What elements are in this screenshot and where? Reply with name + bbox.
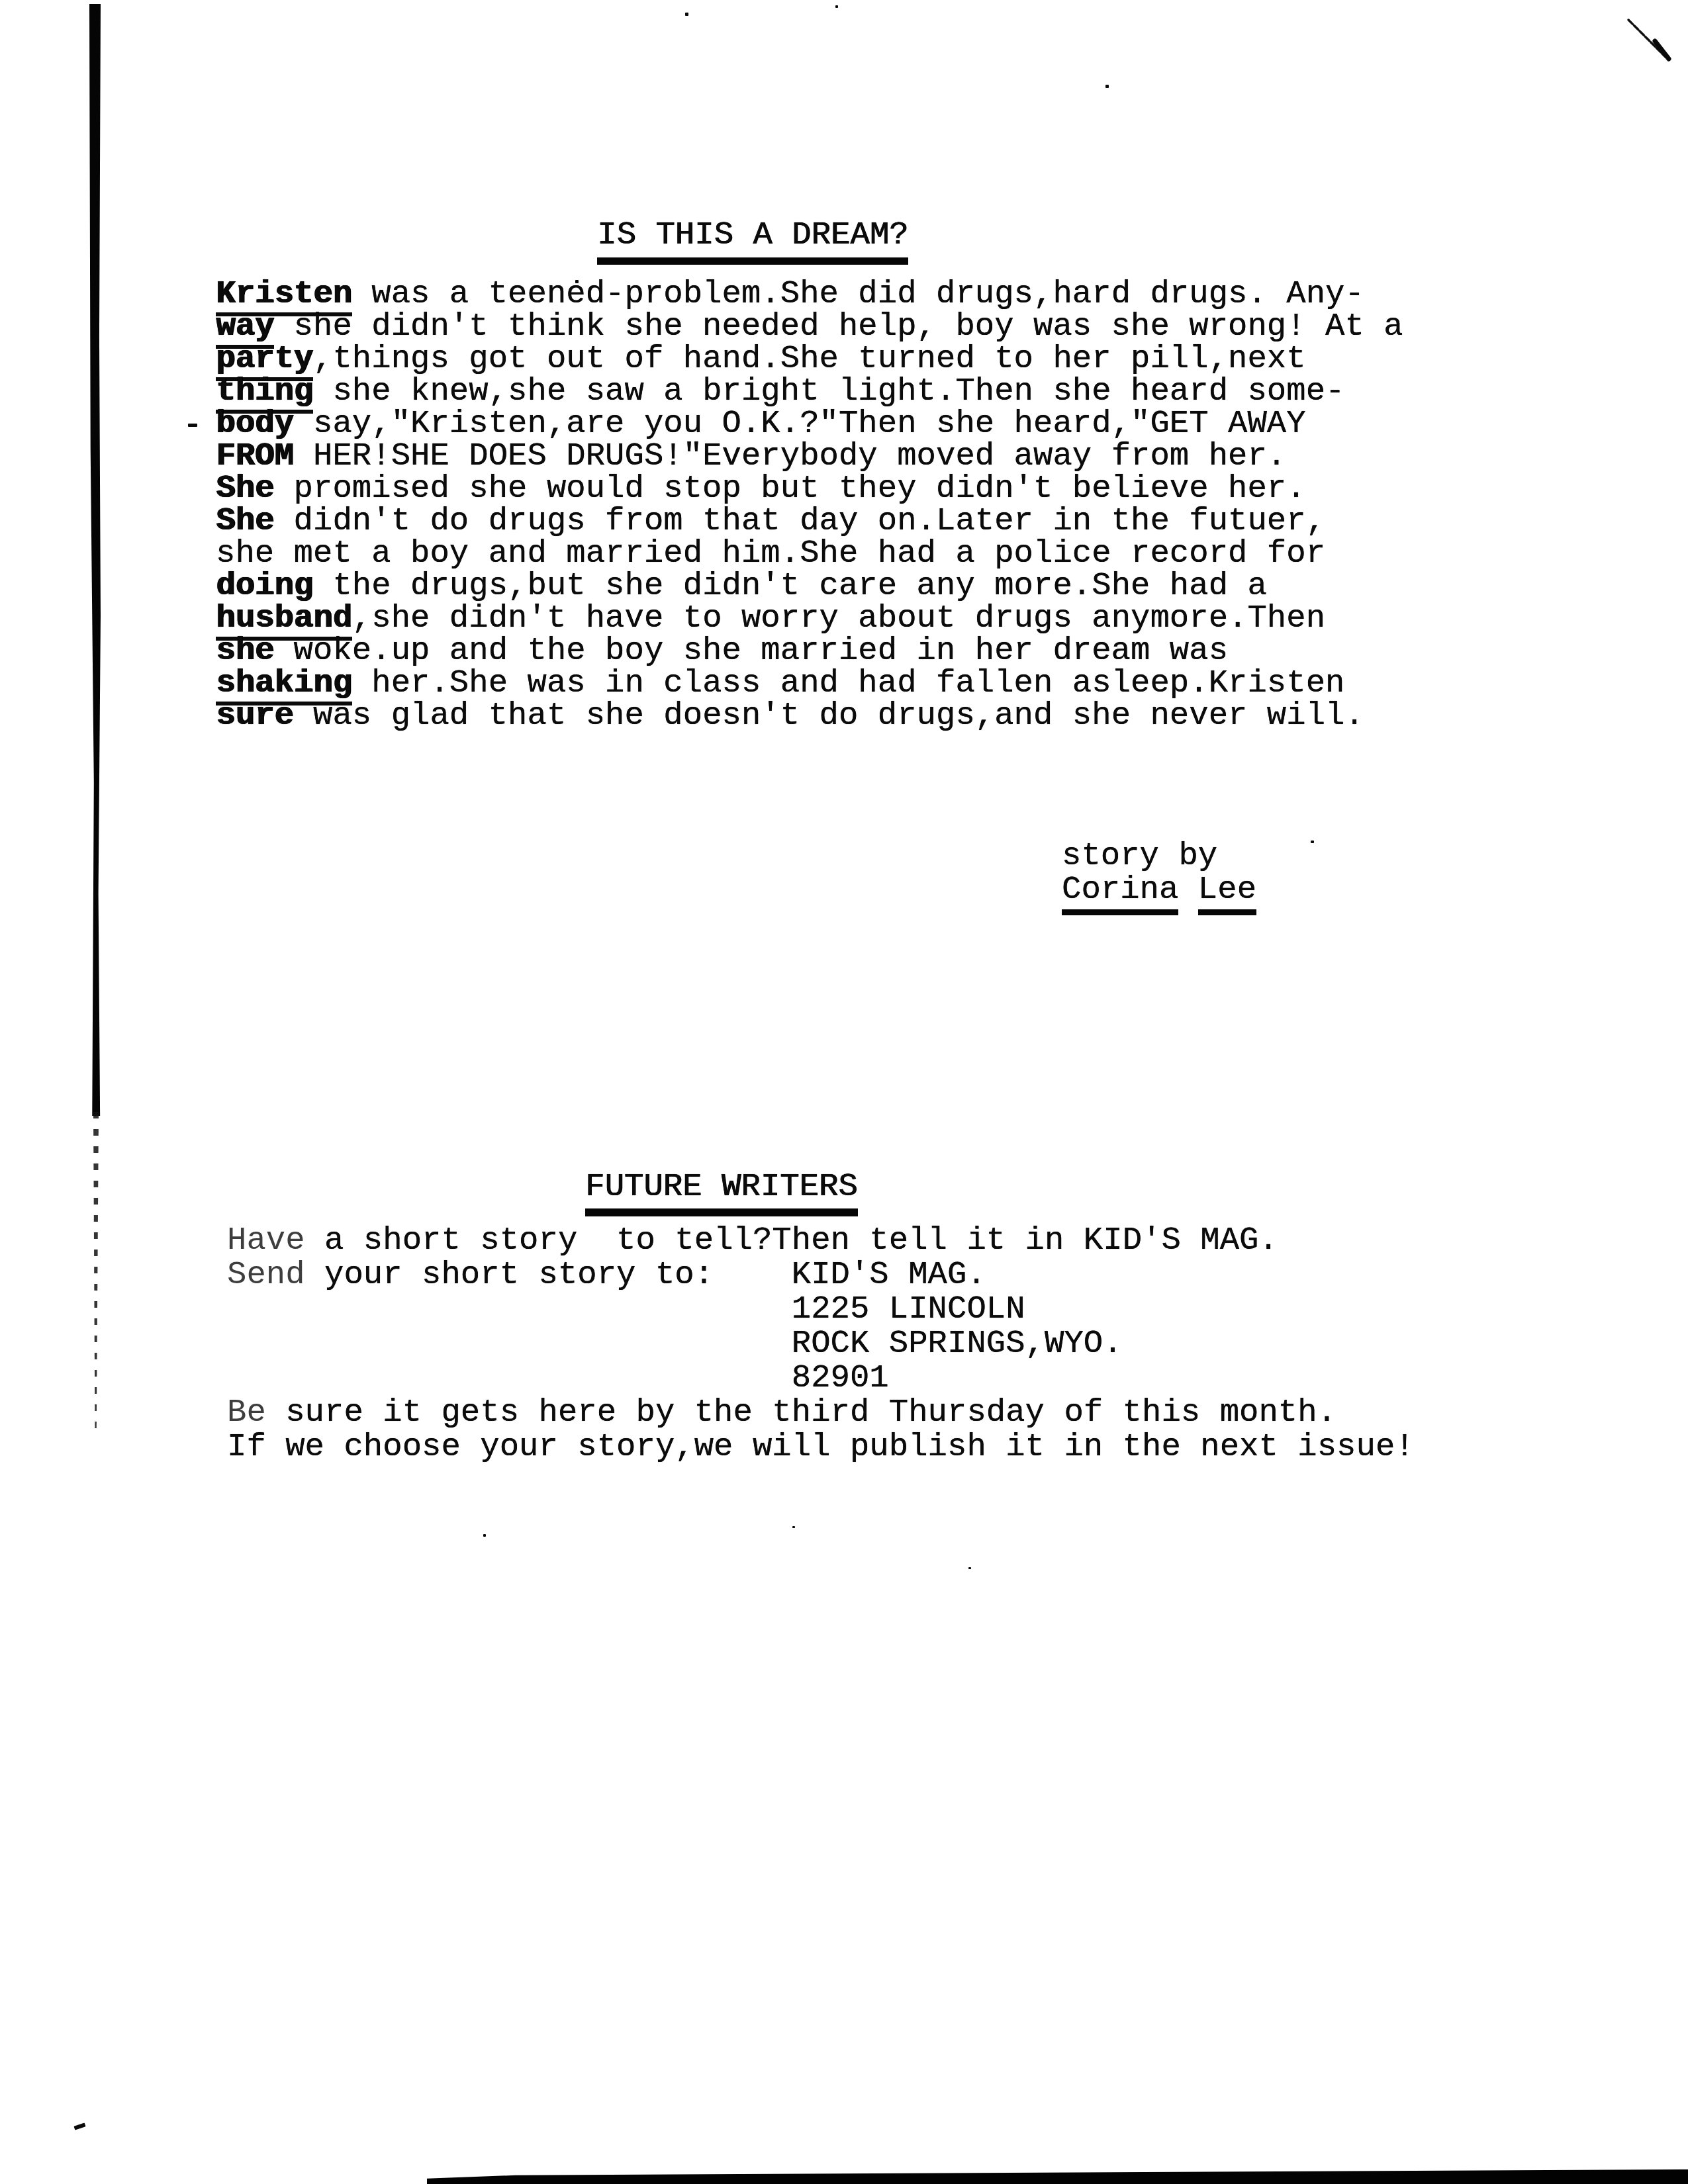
- scan-speck: [1311, 841, 1314, 843]
- story-line-text: promised she would stop but they didn't …: [274, 470, 1305, 507]
- story-title: IS THIS A DREAM?: [597, 219, 908, 265]
- story-line-lead-word: FROM: [216, 437, 294, 475]
- future-line-text: sure it gets here by the third Thursday …: [266, 1394, 1336, 1431]
- story-line: doing the drugs,but she didn't care any …: [216, 570, 1403, 602]
- future-writers-title: FUTURE WRITERS: [585, 1171, 858, 1216]
- future-line-text: 82901: [227, 1359, 889, 1396]
- story-line-text: say,"Kristen,are you O.K.?"Then she hear…: [294, 405, 1306, 442]
- pen-mark-icon: [1615, 12, 1688, 71]
- story-line-text: didn't do drugs from that day on.Later i…: [274, 502, 1325, 539]
- scan-speck: [835, 5, 838, 8]
- story-line-text: woke.up and the boy she married in her d…: [274, 632, 1228, 669]
- author-last-name: Lee: [1198, 871, 1256, 915]
- story-line-text: was a teened-problem.She did drugs,hard …: [352, 275, 1364, 312]
- future-line: 1225 LINCOLN: [227, 1292, 1415, 1326]
- future-line-lead-word: If: [227, 1428, 266, 1465]
- byline: story by Corina Lee: [1062, 839, 1256, 907]
- scan-streak-left-tail: [93, 1112, 99, 1430]
- story-line-text: met a boy and married him.She had a poli…: [274, 535, 1325, 572]
- future-line: Have a short story to tell?Then tell it …: [227, 1223, 1415, 1257]
- future-line: 82901: [227, 1361, 1415, 1395]
- story-line-lead-word: She: [216, 470, 274, 507]
- story-line: sure was glad that she doesn't do drugs,…: [216, 700, 1403, 732]
- story-line: husband,she didn't have to worry about d…: [216, 602, 1403, 635]
- future-line: ROCK SPRINGS,WYO.: [227, 1326, 1415, 1361]
- future-line-text: a short story to tell?Then tell it in KI…: [305, 1222, 1278, 1259]
- story-line-lead-word: body: [216, 405, 294, 442]
- byline-label: story by: [1062, 839, 1256, 873]
- author-first-name: Corina: [1062, 871, 1178, 915]
- story-line-text: HER!SHE DOES DRUGS!"Everybody moved away…: [294, 437, 1287, 475]
- future-line: Send your short story to: KID'S MAG.: [227, 1257, 1415, 1292]
- story-line-lead-word: She: [216, 502, 274, 539]
- story-line-text: was glad that she doesn't do drugs,and s…: [294, 697, 1364, 734]
- story-line: FROM HER!SHE DOES DRUGS!"Everybody moved…: [216, 440, 1403, 473]
- future-line-lead-word: Send: [227, 1256, 305, 1293]
- story-line-text: the drugs,but she didn't care any more.S…: [313, 567, 1267, 604]
- future-line-text: 1225 LINCOLN: [227, 1291, 1025, 1328]
- story-line-text: ,things got out of hand.She turned to he…: [313, 340, 1306, 377]
- story-line: shaking her.She was in class and had fal…: [216, 667, 1403, 700]
- future-writers-body: Have a short story to tell?Then tell it …: [227, 1223, 1415, 1464]
- story-line-text: she didn't think she needed help, boy wa…: [274, 308, 1403, 345]
- story-line-lead-word: sure: [216, 697, 294, 734]
- document-page: IS THIS A DREAM? Kristen was a teened-pr…: [0, 0, 1688, 2184]
- future-line: If we choose your story,we will publish …: [227, 1430, 1415, 1464]
- future-line-text: we choose your story,we will publish it …: [266, 1428, 1415, 1465]
- scan-speck: [483, 1534, 486, 1537]
- scan-bar-bottom: [427, 2169, 1688, 2184]
- story-line-lead-word: she: [216, 632, 274, 669]
- future-line-text: ROCK SPRINGS,WYO.: [227, 1325, 1123, 1362]
- story-line: she met a boy and married him.She had a …: [216, 537, 1403, 570]
- author-name-space: [1178, 871, 1197, 908]
- story-body: Kristen was a teened-problem.She did dru…: [216, 278, 1403, 732]
- story-line: Kristen was a teened-problem.She did dru…: [216, 278, 1403, 310]
- story-line: party,things got out of hand.She turned …: [216, 343, 1403, 375]
- scan-speck: [73, 2123, 85, 2130]
- scan-speck: [792, 1526, 795, 1528]
- scan-streak-left: [89, 4, 101, 1116]
- story-line-text: she knew,she saw a bright light.Then she…: [313, 373, 1344, 410]
- story-line: She didn't do drugs from that day on.Lat…: [216, 505, 1403, 537]
- story-line-lead-word: doing: [216, 567, 313, 604]
- scan-speck: [968, 1567, 971, 1569]
- scan-speck: [1105, 85, 1109, 88]
- story-line: way she didn't think she needed help, bo…: [216, 310, 1403, 343]
- story-line-text: ,she didn't have to worry about drugs an…: [352, 600, 1325, 637]
- story-line: She promised she would stop but they did…: [216, 473, 1403, 505]
- story-line-text: her.She was in class and had fallen asle…: [352, 664, 1345, 702]
- scan-speck: [188, 424, 197, 427]
- story-line-lead-word: she: [216, 535, 274, 572]
- scan-speck: [685, 13, 688, 16]
- story-line: she woke.up and the boy she married in h…: [216, 635, 1403, 667]
- future-line: Be sure it gets here by the third Thursd…: [227, 1395, 1415, 1430]
- byline-author: Corina Lee: [1062, 873, 1256, 907]
- future-line-lead-word: Have: [227, 1222, 305, 1259]
- future-line-text: your short story to: KID'S MAG.: [305, 1256, 986, 1293]
- future-line-lead-word: Be: [227, 1394, 266, 1431]
- story-line: thing she knew,she saw a bright light.Th…: [216, 375, 1403, 408]
- story-line: body say,"Kristen,are you O.K.?"Then she…: [216, 408, 1403, 440]
